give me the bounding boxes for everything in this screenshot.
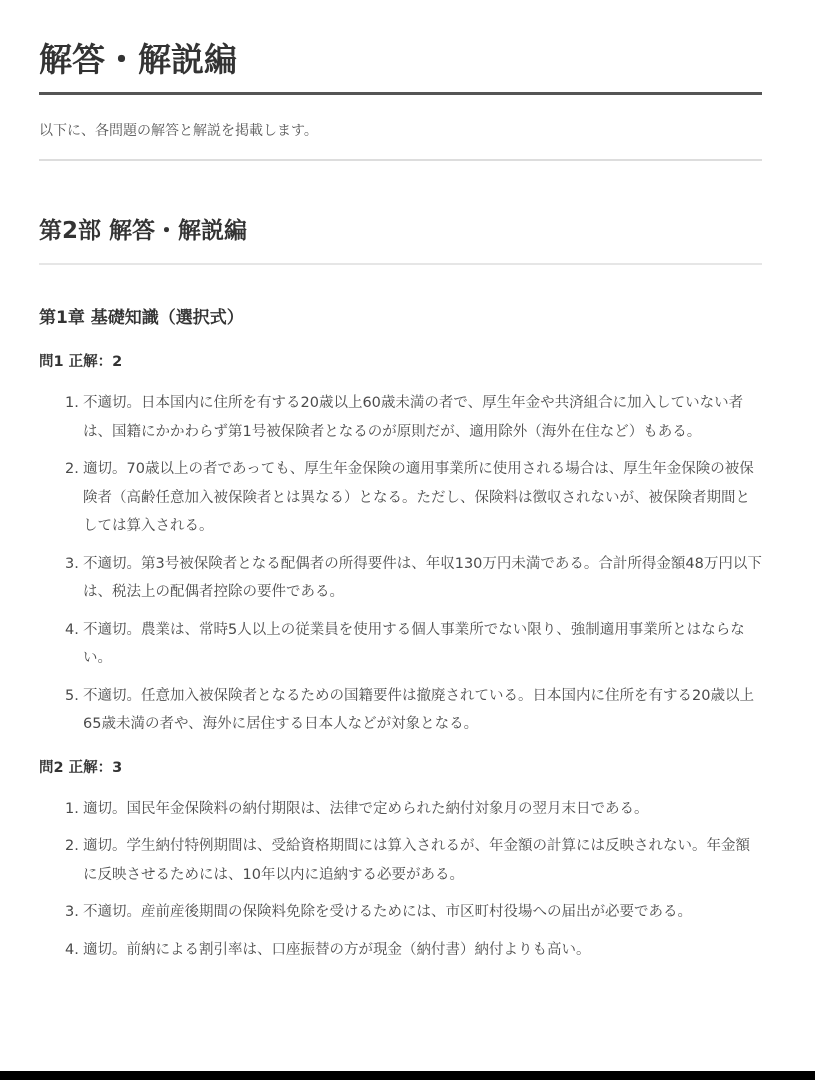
intro-divider [39, 159, 762, 161]
question-1-heading: 問1 正解：2 [39, 350, 762, 370]
list-item: 3.不適切。産前産後期間の保険料免除を受けるためには、市区町村役場への届出が必要… [39, 898, 763, 927]
item-number: 1. [65, 795, 79, 824]
item-text: 適切。国民年金保険料の納付期限は、法律で定められた納付対象月の翌月末日である。 [83, 801, 649, 817]
list-item: 2.適切。学生納付特例期間は、受給資格期間には算入されるが、年金額の計算には反映… [39, 832, 763, 889]
question-1-explanations: 1.不適切。日本国内に住所を有する20歳以上60歳未満の者で、厚生年金や共済組合… [39, 389, 762, 739]
item-number: 5. [65, 682, 79, 711]
item-number: 2. [65, 455, 79, 484]
item-text: 不適切。産前産後期間の保険料免除を受けるためには、市区町村役場への届出が必要であ… [83, 904, 692, 920]
item-number: 4. [65, 616, 79, 645]
document-page: 解答・解説編 以下に、各問題の解答と解説を掲載します。 第2部 解答・解説編 第… [39, 0, 762, 973]
item-number: 2. [65, 832, 79, 861]
list-item: 5.不適切。任意加入被保険者となるための国籍要件は撤廃されている。日本国内に住所… [39, 682, 763, 739]
item-number: 3. [65, 898, 79, 927]
item-number: 1. [65, 389, 79, 418]
list-item: 1.不適切。日本国内に住所を有する20歳以上60歳未満の者で、厚生年金や共済組合… [39, 389, 763, 446]
list-item: 4.不適切。農業は、常時5人以上の従業員を使用する個人事業所でない限り、強制適用… [39, 616, 763, 673]
title-divider [39, 92, 762, 95]
item-text: 不適切。任意加入被保険者となるための国籍要件は撤廃されている。日本国内に住所を有… [83, 688, 754, 733]
item-text: 不適切。日本国内に住所を有する20歳以上60歳未満の者で、厚生年金や共済組合に加… [83, 395, 743, 440]
intro-text: 以下に、各問題の解答と解説を掲載します。 [39, 120, 762, 140]
bottom-edge-bar [0, 1071, 815, 1080]
chapter-title: 第1章 基礎知識（選択式） [39, 303, 762, 327]
list-item: 1.適切。国民年金保険料の納付期限は、法律で定められた納付対象月の翌月末日である… [39, 795, 763, 824]
list-item: 4.適切。前納による割引率は、口座振替の方が現金（納付書）納付よりも高い。 [39, 936, 763, 965]
item-text: 不適切。第3号被保険者となる配偶者の所得要件は、年収130万円未満である。合計所… [83, 556, 762, 601]
item-number: 4. [65, 936, 79, 965]
list-item: 3.不適切。第3号被保険者となる配偶者の所得要件は、年収130万円未満である。合… [39, 550, 763, 607]
item-number: 3. [65, 550, 79, 579]
item-text: 適切。前納による割引率は、口座振替の方が現金（納付書）納付よりも高い。 [83, 942, 591, 958]
item-text: 不適切。農業は、常時5人以上の従業員を使用する個人事業所でない限り、強制適用事業… [83, 622, 745, 667]
part-title: 第2部 解答・解説編 [39, 212, 762, 244]
page-title: 解答・解説編 [39, 0, 762, 88]
list-item: 2.適切。70歳以上の者であっても、厚生年金保険の適用事業所に使用される場合は、… [39, 455, 763, 541]
question-2-explanations: 1.適切。国民年金保険料の納付期限は、法律で定められた納付対象月の翌月末日である… [39, 795, 762, 965]
question-2-heading: 問2 正解：3 [39, 756, 762, 776]
item-text: 適切。70歳以上の者であっても、厚生年金保険の適用事業所に使用される場合は、厚生… [83, 461, 754, 534]
item-text: 適切。学生納付特例期間は、受給資格期間には算入されるが、年金額の計算には反映され… [83, 838, 750, 883]
part-divider [39, 263, 762, 265]
